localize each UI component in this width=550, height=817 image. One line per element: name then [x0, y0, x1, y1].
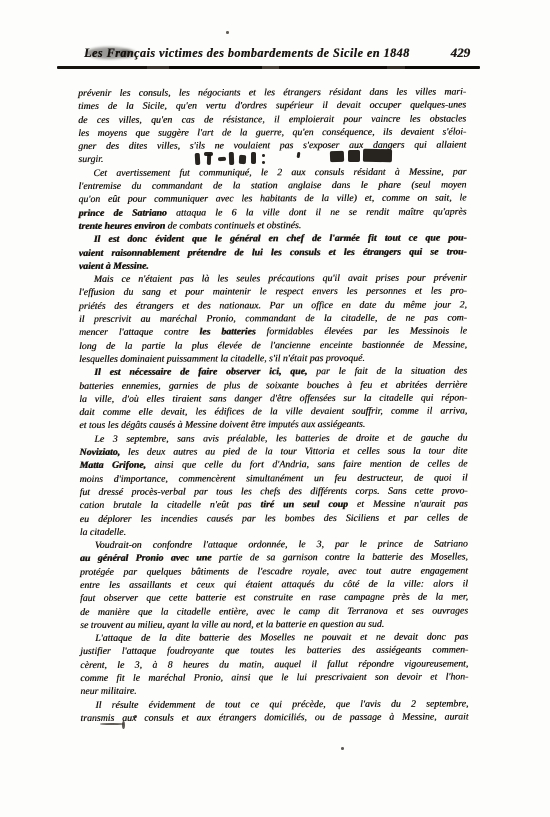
text-line: faut observer que cette batterie est con… — [80, 591, 468, 606]
text-segment: long de la partie la plus élevée de l'an… — [79, 339, 467, 351]
text-segment: et Messine n'aurait pas — [357, 499, 468, 510]
text-segment: Il est donc évident que le général en ch… — [94, 233, 467, 245]
text-segment: surgir. — [78, 154, 103, 165]
text-segment: cèrent, le 3, à 8 heures du matin, auque… — [80, 658, 468, 670]
paragraph: prévenir les consuls, les négociants et … — [78, 86, 466, 167]
paragraph: Il résulte évidemment de tout ce qui pré… — [80, 697, 468, 725]
text-segment: la citadelle. — [80, 527, 126, 538]
stray-ink-mark — [122, 721, 125, 729]
text-line: long de la partie la plus élevée de l'an… — [79, 338, 467, 353]
text-segment: Il résulte évidemment de tout ce qui pré… — [95, 698, 468, 710]
text-segment: vaient à Messine. — [79, 261, 149, 272]
text-segment: trente heures environ — [79, 221, 168, 232]
paragraph: Cet avertissement fut communiqué, le 2 a… — [78, 165, 466, 233]
text-line: prince de Satriano attaqua le 6 la ville… — [78, 205, 466, 220]
text-segment: faut observer que cette batterie est con… — [80, 592, 468, 604]
text-segment: batteries ennemies, garnies de plus de s… — [79, 379, 467, 391]
text-line: gner des dites villes, s'ils ne voulaien… — [78, 139, 466, 154]
text-segment: la ville, d'où elles tiraient sans dange… — [79, 392, 467, 404]
ink-smudge — [330, 151, 344, 162]
paragraph: Il est nécessaire de faire observer ici,… — [79, 365, 467, 433]
text-segment: L'attaque de la dite batterie des Mosell… — [95, 632, 468, 644]
text-segment: ainsi que celle du fort d'Andria, sans f… — [154, 459, 467, 471]
text-line: justifier l'attaque foudroyante que tout… — [80, 644, 468, 659]
ink-smudge — [229, 152, 234, 165]
text-segment: prévenir les consuls, les négociants et … — [78, 87, 466, 99]
text-line: transmis aux consuls et aux étrangers do… — [80, 710, 468, 725]
header-ink-blob — [119, 49, 136, 58]
text-segment: se trouvent au milieu, ayant la ville au… — [80, 619, 384, 631]
text-block: prévenir les consuls, les négociants et … — [78, 86, 468, 726]
text-segment: de manière que la citadelle entière, ave… — [80, 605, 468, 617]
text-segment: priétés des étrangers et des nationaux. … — [79, 299, 467, 311]
text-segment: moins d'importance, commencèrent simulta… — [79, 472, 467, 484]
text-segment: fut dressé procès-verbal par tous les ch… — [80, 485, 468, 497]
text-segment: Noviziato, — [79, 447, 128, 458]
ink-smudge — [251, 152, 256, 164]
text-segment: de combats continuels et obstinés. — [168, 220, 302, 232]
text-segment: partie de sa garnison contre la batterie… — [219, 552, 468, 564]
text-segment: prince de Satriano — [78, 207, 176, 218]
text-line: dait comme elle devait, les édifices de … — [79, 405, 467, 420]
stray-ink-mark — [100, 723, 124, 725]
text-segment: Matta Grifone, — [79, 460, 154, 471]
text-segment: les moyens que suggère l'art de la guerr… — [78, 126, 466, 138]
text-segment: protégée par quelques bâtiments de l'esc… — [80, 565, 468, 577]
text-segment: par le fait de la situation des — [316, 366, 467, 378]
text-line: de ces villes, qu'en cas de résistance, … — [78, 112, 466, 127]
text-segment: les batteries — [199, 327, 266, 338]
text-segment: Mais ce n'étaient pas là les seules préc… — [94, 273, 467, 285]
text-segment: mencer l'attaque contre — [79, 327, 200, 338]
ink-smudge — [195, 153, 201, 165]
text-segment: de ces villes, qu'en cas de résistance, … — [78, 113, 466, 125]
ink-smudge — [348, 150, 360, 162]
text-line: moins d'importance, commencèrent simulta… — [79, 471, 467, 486]
paragraph: Voudrait-on confondre l'attaque ordonnée… — [80, 538, 468, 633]
text-segment: justifier l'attaque foudroyante que tout… — [80, 645, 468, 657]
text-segment: attaqua le 6 la ville dont il ne se rend… — [176, 206, 467, 218]
text-line: mencer l'attaque contre les batteries fo… — [79, 325, 467, 340]
paragraph: L'attaque de la dite batterie des Mosell… — [80, 631, 468, 699]
text-segment: entre les assaillants et ceux qui étaien… — [80, 578, 468, 590]
text-segment: neur militaire. — [80, 686, 136, 697]
text-line: Il est nécessaire de faire observer ici,… — [79, 365, 467, 380]
text-line: de manière que la citadelle entière, ave… — [80, 604, 468, 619]
text-segment: eu déplorer les incendies causés par les… — [80, 512, 468, 524]
stray-ink-mark — [226, 31, 229, 34]
ink-smudge — [363, 149, 392, 163]
text-segment: il prescrivit au maréchal Pronio, comman… — [79, 313, 467, 325]
text-segment: gner des dites villes, s'ils ne voulaien… — [78, 140, 466, 152]
stray-ink-mark — [134, 715, 137, 718]
stray-ink-mark — [341, 747, 344, 750]
text-segment: vaient raisonnablement prétendre de lui … — [79, 246, 467, 258]
paragraph: Le 3 septembre, sans avis préalable, les… — [79, 431, 467, 539]
ink-smudge — [262, 154, 265, 157]
scanned-book-page: Les Français victimes des bombardements … — [0, 0, 550, 817]
text-line: Il est donc évident que le général en ch… — [79, 232, 467, 247]
text-segment: Cet avertissement fut communiqué, le 2 a… — [93, 166, 466, 178]
text-segment: les deux autres au pied de la tour Vitto… — [128, 446, 468, 458]
ink-smudge — [239, 155, 246, 164]
text-segment: comme fit le maréchal Pronio, ainsi que … — [80, 672, 468, 684]
ink-smudge — [218, 157, 226, 161]
text-segment: tiré un seul coup — [260, 499, 357, 510]
text-line: au général Pronio avec une partie de sa … — [80, 551, 468, 566]
text-segment: l'entremise du commandant de la station … — [78, 180, 466, 192]
text-line: batteries ennemies, garnies de plus de s… — [79, 378, 467, 393]
header-rule — [57, 66, 480, 69]
paragraph: Il est donc évident que le général en ch… — [79, 232, 467, 273]
text-line: qu'on eût pour communiquer avec les habi… — [78, 192, 466, 207]
text-segment: times de la Sicile, qu'en vertu d'ordres… — [78, 100, 466, 112]
text-segment: Le 3 septembre, sans avis préalable, les… — [94, 432, 467, 444]
text-line: times de la Sicile, qu'en vertu d'ordres… — [78, 99, 466, 114]
text-line: cation brutale la citadelle n'eût pas ti… — [80, 498, 468, 513]
text-segment: lesquelles dominaient puissamment la cit… — [79, 353, 365, 365]
text-segment: au général Pronio avec une — [80, 553, 219, 565]
text-segment: formidables élevées par les Messinois le — [266, 326, 467, 338]
ink-smudge — [262, 161, 265, 164]
text-segment: Voudrait-on confondre l'attaque ordonnée… — [95, 539, 468, 551]
text-line: Matta Grifone, ainsi que celle du fort d… — [79, 458, 467, 473]
paragraph: Mais ce n'étaient pas là les seules préc… — [79, 272, 467, 367]
ink-smudge — [207, 154, 211, 165]
text-line: eu déplorer les incendies causés par les… — [80, 511, 468, 526]
text-segment: qu'on eût pour communiquer avec les habi… — [78, 193, 466, 205]
text-segment: Il est nécessaire de faire observer ici,… — [94, 366, 316, 378]
text-line: comme fit le maréchal Pronio, ainsi que … — [80, 671, 468, 686]
text-segment: dait comme elle devait, les édifices de … — [79, 406, 467, 418]
text-segment: l'effusion du sang et pour maintenir le … — [79, 286, 467, 298]
text-segment: transmis aux consuls et aux étrangers do… — [80, 711, 468, 723]
text-segment: et tous les dégâts causés à Messine doiv… — [79, 419, 365, 431]
page-number: 429 — [434, 45, 470, 60]
text-line: vaient raisonnablement prétendre de lui … — [79, 245, 467, 260]
text-line: l'effusion du sang et pour maintenir le … — [79, 285, 467, 300]
text-segment: cation brutale la citadelle n'eût pas — [80, 500, 261, 512]
